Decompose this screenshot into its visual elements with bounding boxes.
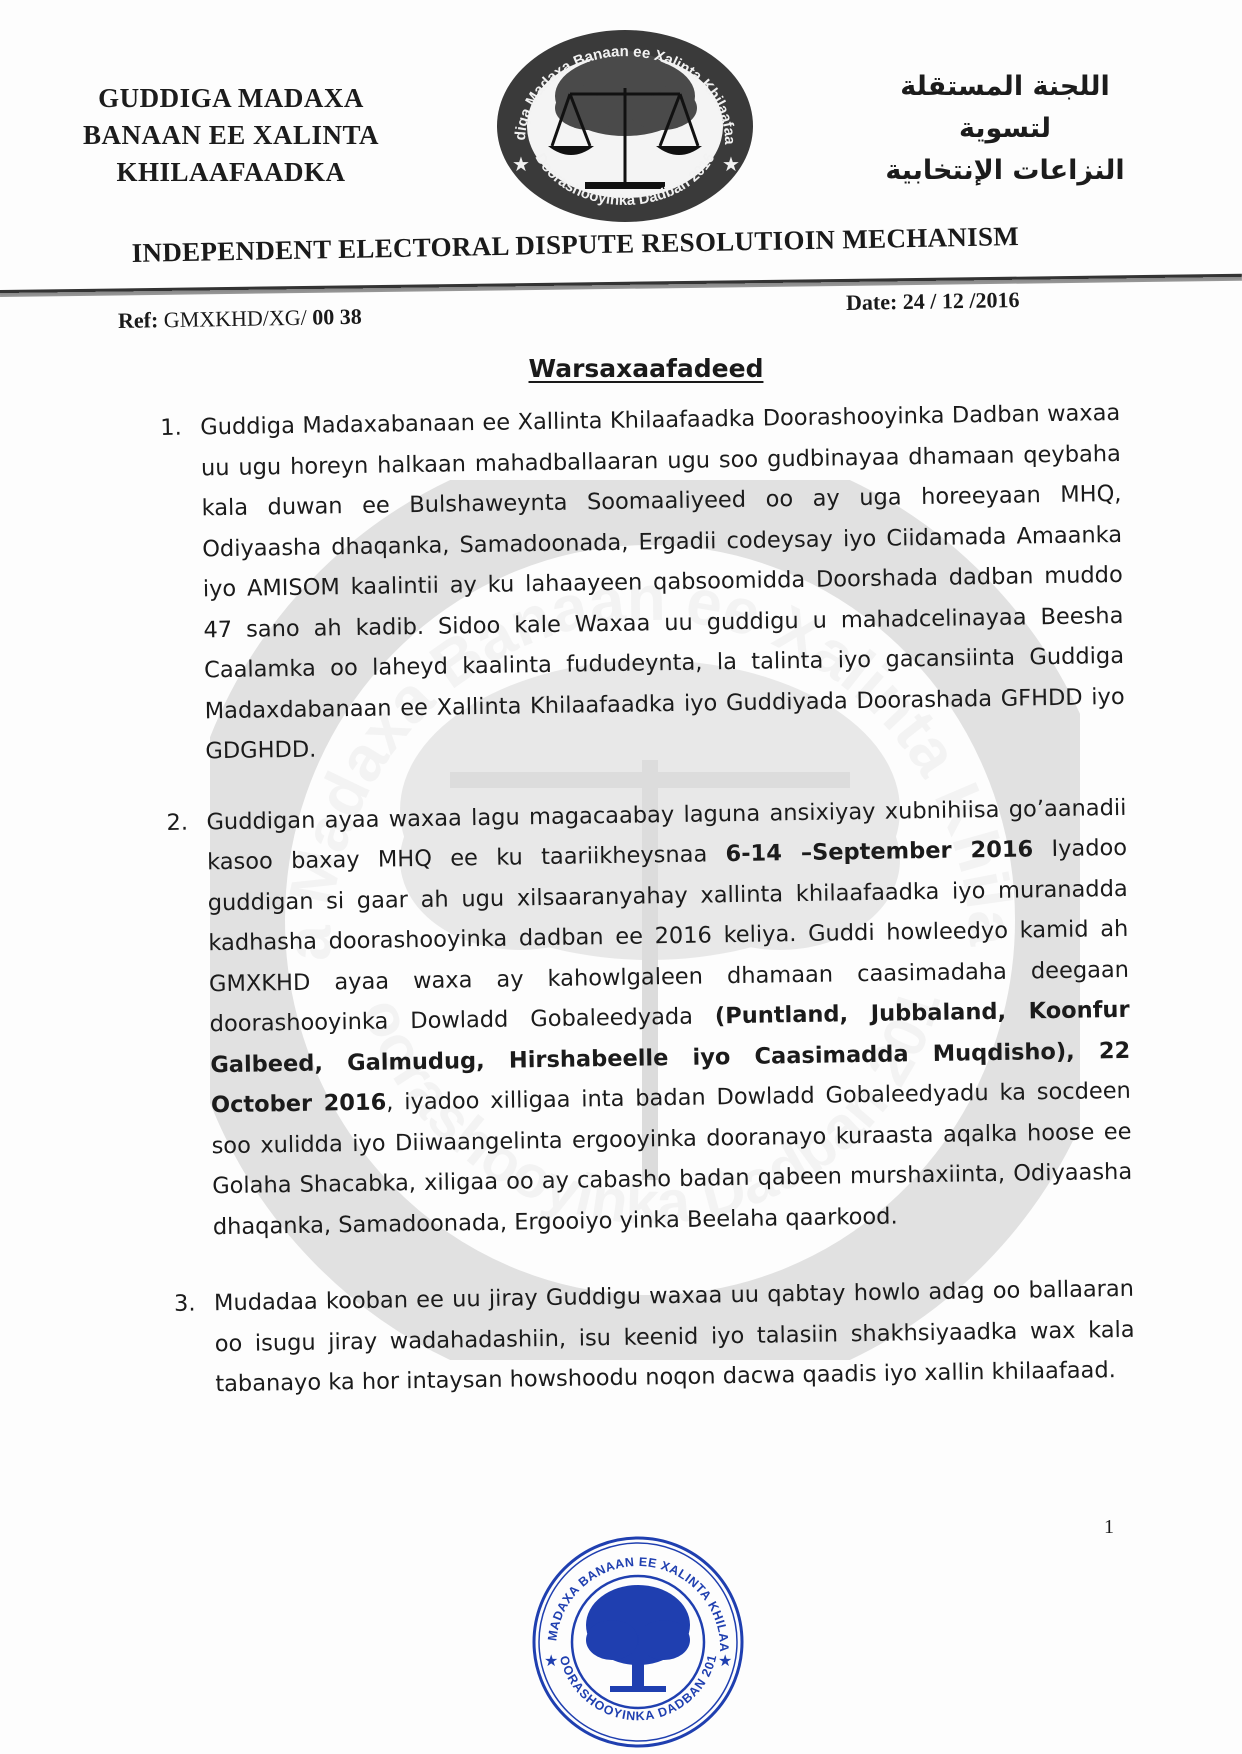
org-name-english: INDEPENDENT ELECTORAL DISPUTE RESOLUTIOI… (131, 220, 1091, 269)
page-number: 1 (1104, 1516, 1114, 1539)
svg-text:★: ★ (722, 154, 740, 176)
date-label: Date: (846, 289, 898, 315)
official-stamp-icon: GUDDIGA MADAXA BANAAN EE XALINTA KHILAAF… (528, 1530, 748, 1750)
ref-value: GMXKHD/XG/ (164, 305, 307, 332)
org-name-arabic-line-2: النزاعات الإنتخابية (880, 150, 1130, 192)
paragraph-text: Guddigan ayaa waxaa lagu magacaabay lagu… (206, 787, 1133, 1247)
letter-page: GUDDIGA MADAXA BANAAN EE XALINTA KHILAAF… (0, 0, 1242, 1754)
date-value: 24 / 12 /2016 (903, 287, 1020, 314)
org-name-somali: GUDDIGA MADAXA BANAAN EE XALINTA KHILAAF… (66, 80, 396, 191)
org-name-arabic: اللجنة المستقلة لتسوية النزاعات الإنتخاب… (880, 66, 1130, 192)
paragraph-number: 1. (160, 408, 182, 449)
paragraph-text: Mudadaa kooban ee uu jiray Guddigu waxaa… (214, 1269, 1136, 1405)
org-name-somali-line-2: BANAAN EE XALINTA (66, 117, 396, 154)
org-name-somali-line-3: KHILAAFAADKA (66, 154, 396, 191)
document-title: Warsaxaafadeed (0, 354, 1242, 383)
numbered-paragraph: 1. Guddiga Madaxabanaan ee Xallinta Khil… (160, 393, 1126, 773)
document-body: 1. Guddiga Madaxabanaan ee Xallinta Khil… (160, 393, 1136, 1431)
paragraph-number: 2. (166, 802, 188, 843)
ref-number: 00 38 (312, 304, 362, 330)
document-date: Date: 24 / 12 /2016 (846, 287, 1020, 316)
svg-text:★: ★ (512, 154, 530, 176)
document-title-text: Warsaxaafadeed (529, 354, 764, 383)
org-name-somali-line-1: GUDDIGA MADAXA (66, 80, 396, 117)
svg-text:★: ★ (544, 1653, 558, 1670)
numbered-paragraph: 3. Mudadaa kooban ee uu jiray Guddigu wa… (174, 1269, 1136, 1406)
header-divider (0, 274, 1242, 297)
svg-text:★: ★ (718, 1653, 732, 1670)
reference-number: Ref: GMXKHD/XG/ 00 38 (118, 304, 362, 334)
numbered-paragraph: 2. Guddigan ayaa waxaa lagu magacaabay l… (166, 787, 1133, 1248)
paragraph-text: Guddiga Madaxabanaan ee Xallinta Khilaaf… (200, 393, 1126, 772)
org-name-arabic-line-1: اللجنة المستقلة لتسوية (880, 66, 1130, 150)
ref-label: Ref: (118, 307, 159, 333)
emblem-logo-icon: Guddiga Madaxa Banaan ee Xalinta Khilaaf… (490, 26, 760, 226)
paragraph-number: 3. (174, 1284, 196, 1325)
